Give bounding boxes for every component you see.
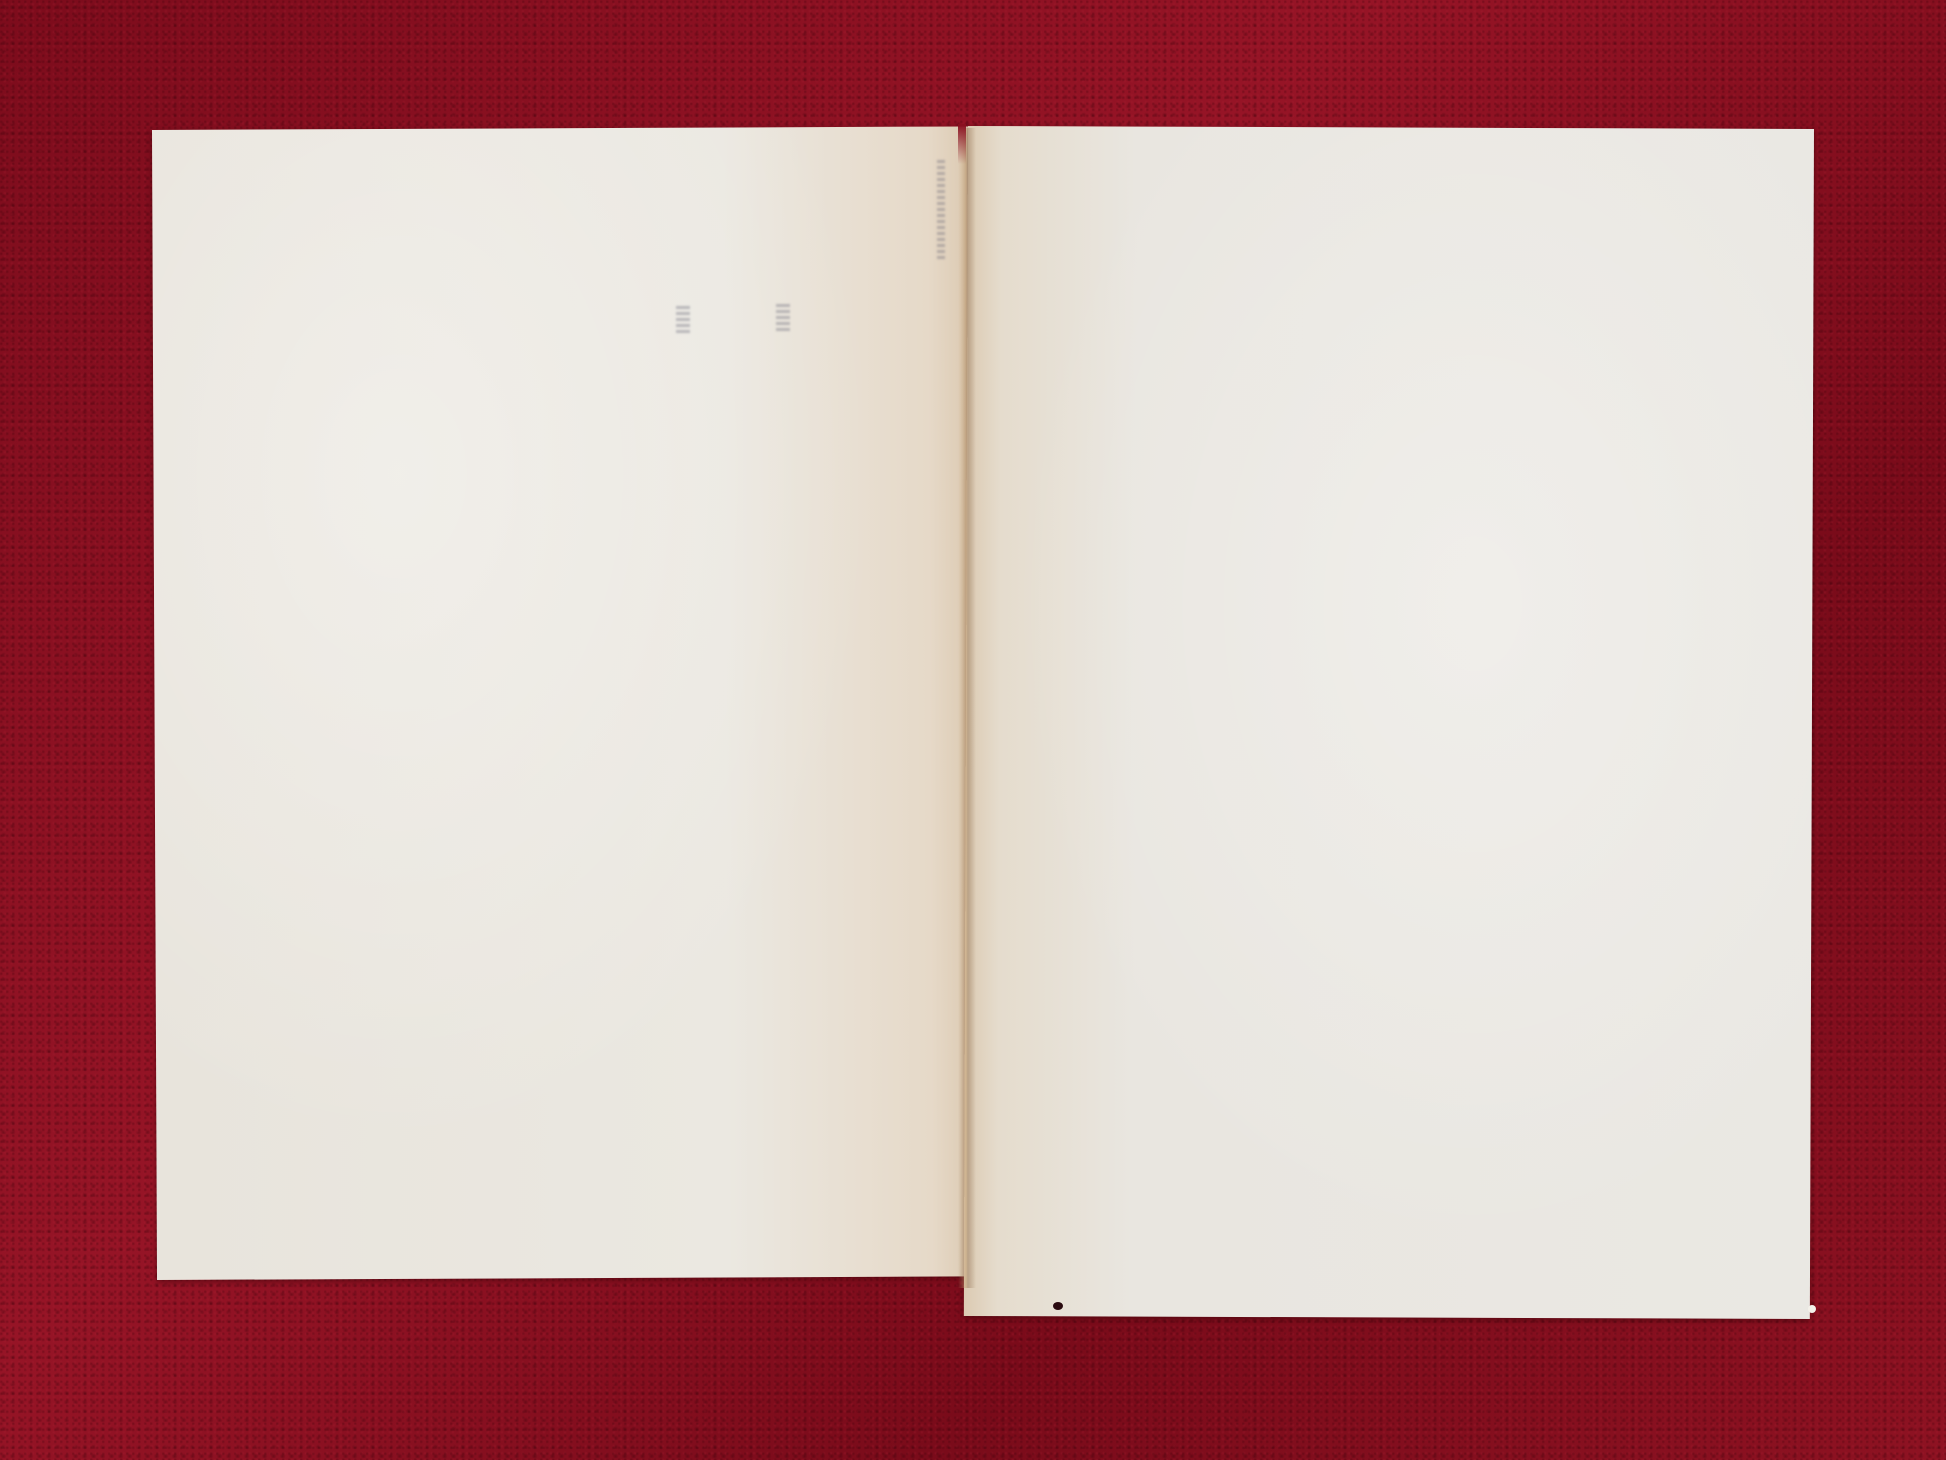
- top-fold-tear: [958, 124, 966, 164]
- paper-right-panel: [964, 126, 1814, 1319]
- center-fold-line: [958, 128, 976, 1288]
- ink-bleed-mark: [776, 304, 790, 332]
- ink-bleed-mark: [676, 306, 690, 334]
- paper-left-panel: [152, 126, 973, 1280]
- red-carpet-background: [0, 0, 1946, 1460]
- edge-nick: [1808, 1305, 1816, 1313]
- edge-nick: [1053, 1302, 1063, 1310]
- ink-bleed-mark: [937, 160, 945, 260]
